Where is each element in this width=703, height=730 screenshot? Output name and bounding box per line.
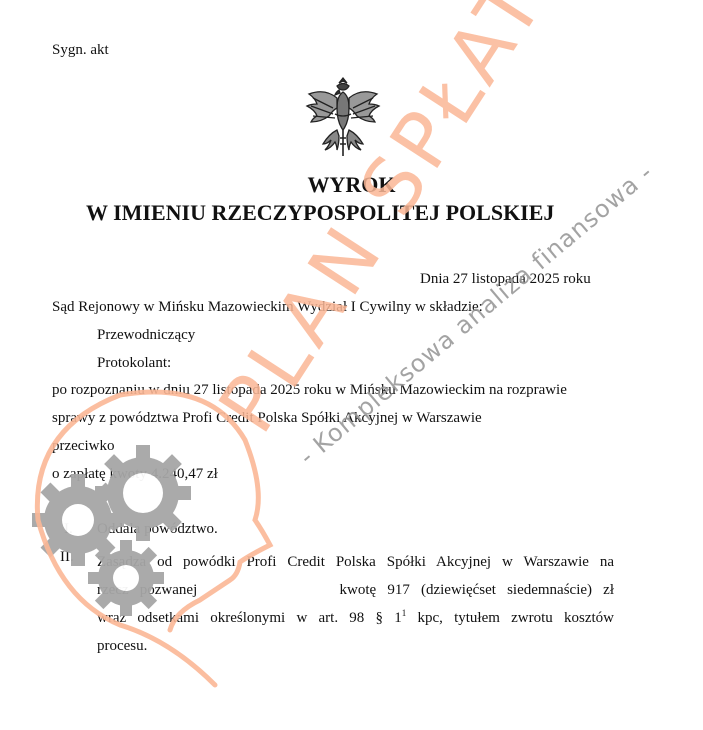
presiding-judge-label: Przewodniczący (97, 326, 195, 344)
ruling-line: procesu. (97, 632, 614, 660)
polish-eagle-emblem-icon (303, 74, 383, 160)
judgment-subtitle: W IMIENIU RZECZYPOSPOLITEJ POLSKIEJ (86, 200, 554, 226)
ruling-line: Zasądza od powódki Profi Credit Polska S… (97, 548, 614, 576)
case-parties: sprawy z powództwa Profi Credit Polska S… (52, 409, 482, 427)
ruling-line-part: wraz odsetkami określonymi w art. 98 § 1 (97, 610, 402, 626)
claim-amount: o zapłatę kwoty 4.240,47 zł (52, 465, 218, 483)
ruling-text: Oddala powództwo. (97, 520, 218, 538)
ruling-line-part: kpc, tytułem zwrotu kosztów (417, 610, 614, 626)
case-signature-label: Sygn. akt (52, 41, 109, 59)
superscript: 1 (402, 608, 407, 618)
court-composition: Sąd Rejonowy w Mińsku Mazowieckim Wydzia… (52, 298, 483, 316)
judgment-date: Dnia 27 listopada 2025 roku (420, 270, 591, 288)
ruling-line: rzecz pozwanej kwotę 917 (dziewięćset si… (97, 576, 614, 604)
ruling-number: II. (60, 548, 74, 566)
ruling-text: Zasądza od powódki Profi Credit Polska S… (97, 548, 614, 660)
ruling-line-part: rzecz pozwanej (97, 582, 197, 598)
hearing-details: po rozpoznaniu w dniu 27 listopada 2025 … (52, 381, 567, 399)
court-clerk-label: Protokolant: (97, 354, 171, 372)
court-judgment-page: Sygn. akt WYROK W IMIENIU RZECZYPOSPOLIT… (0, 0, 703, 730)
ruling-number: I. (64, 520, 73, 538)
ruling-line: wraz odsetkami określonymi w art. 98 § 1… (97, 604, 614, 632)
ruling-line-part: kwotę 917 (dziewięćset siedemnaście) zł (340, 582, 614, 598)
defendant-label: przeciwko (52, 437, 114, 455)
judgment-title: WYROK (0, 172, 703, 198)
